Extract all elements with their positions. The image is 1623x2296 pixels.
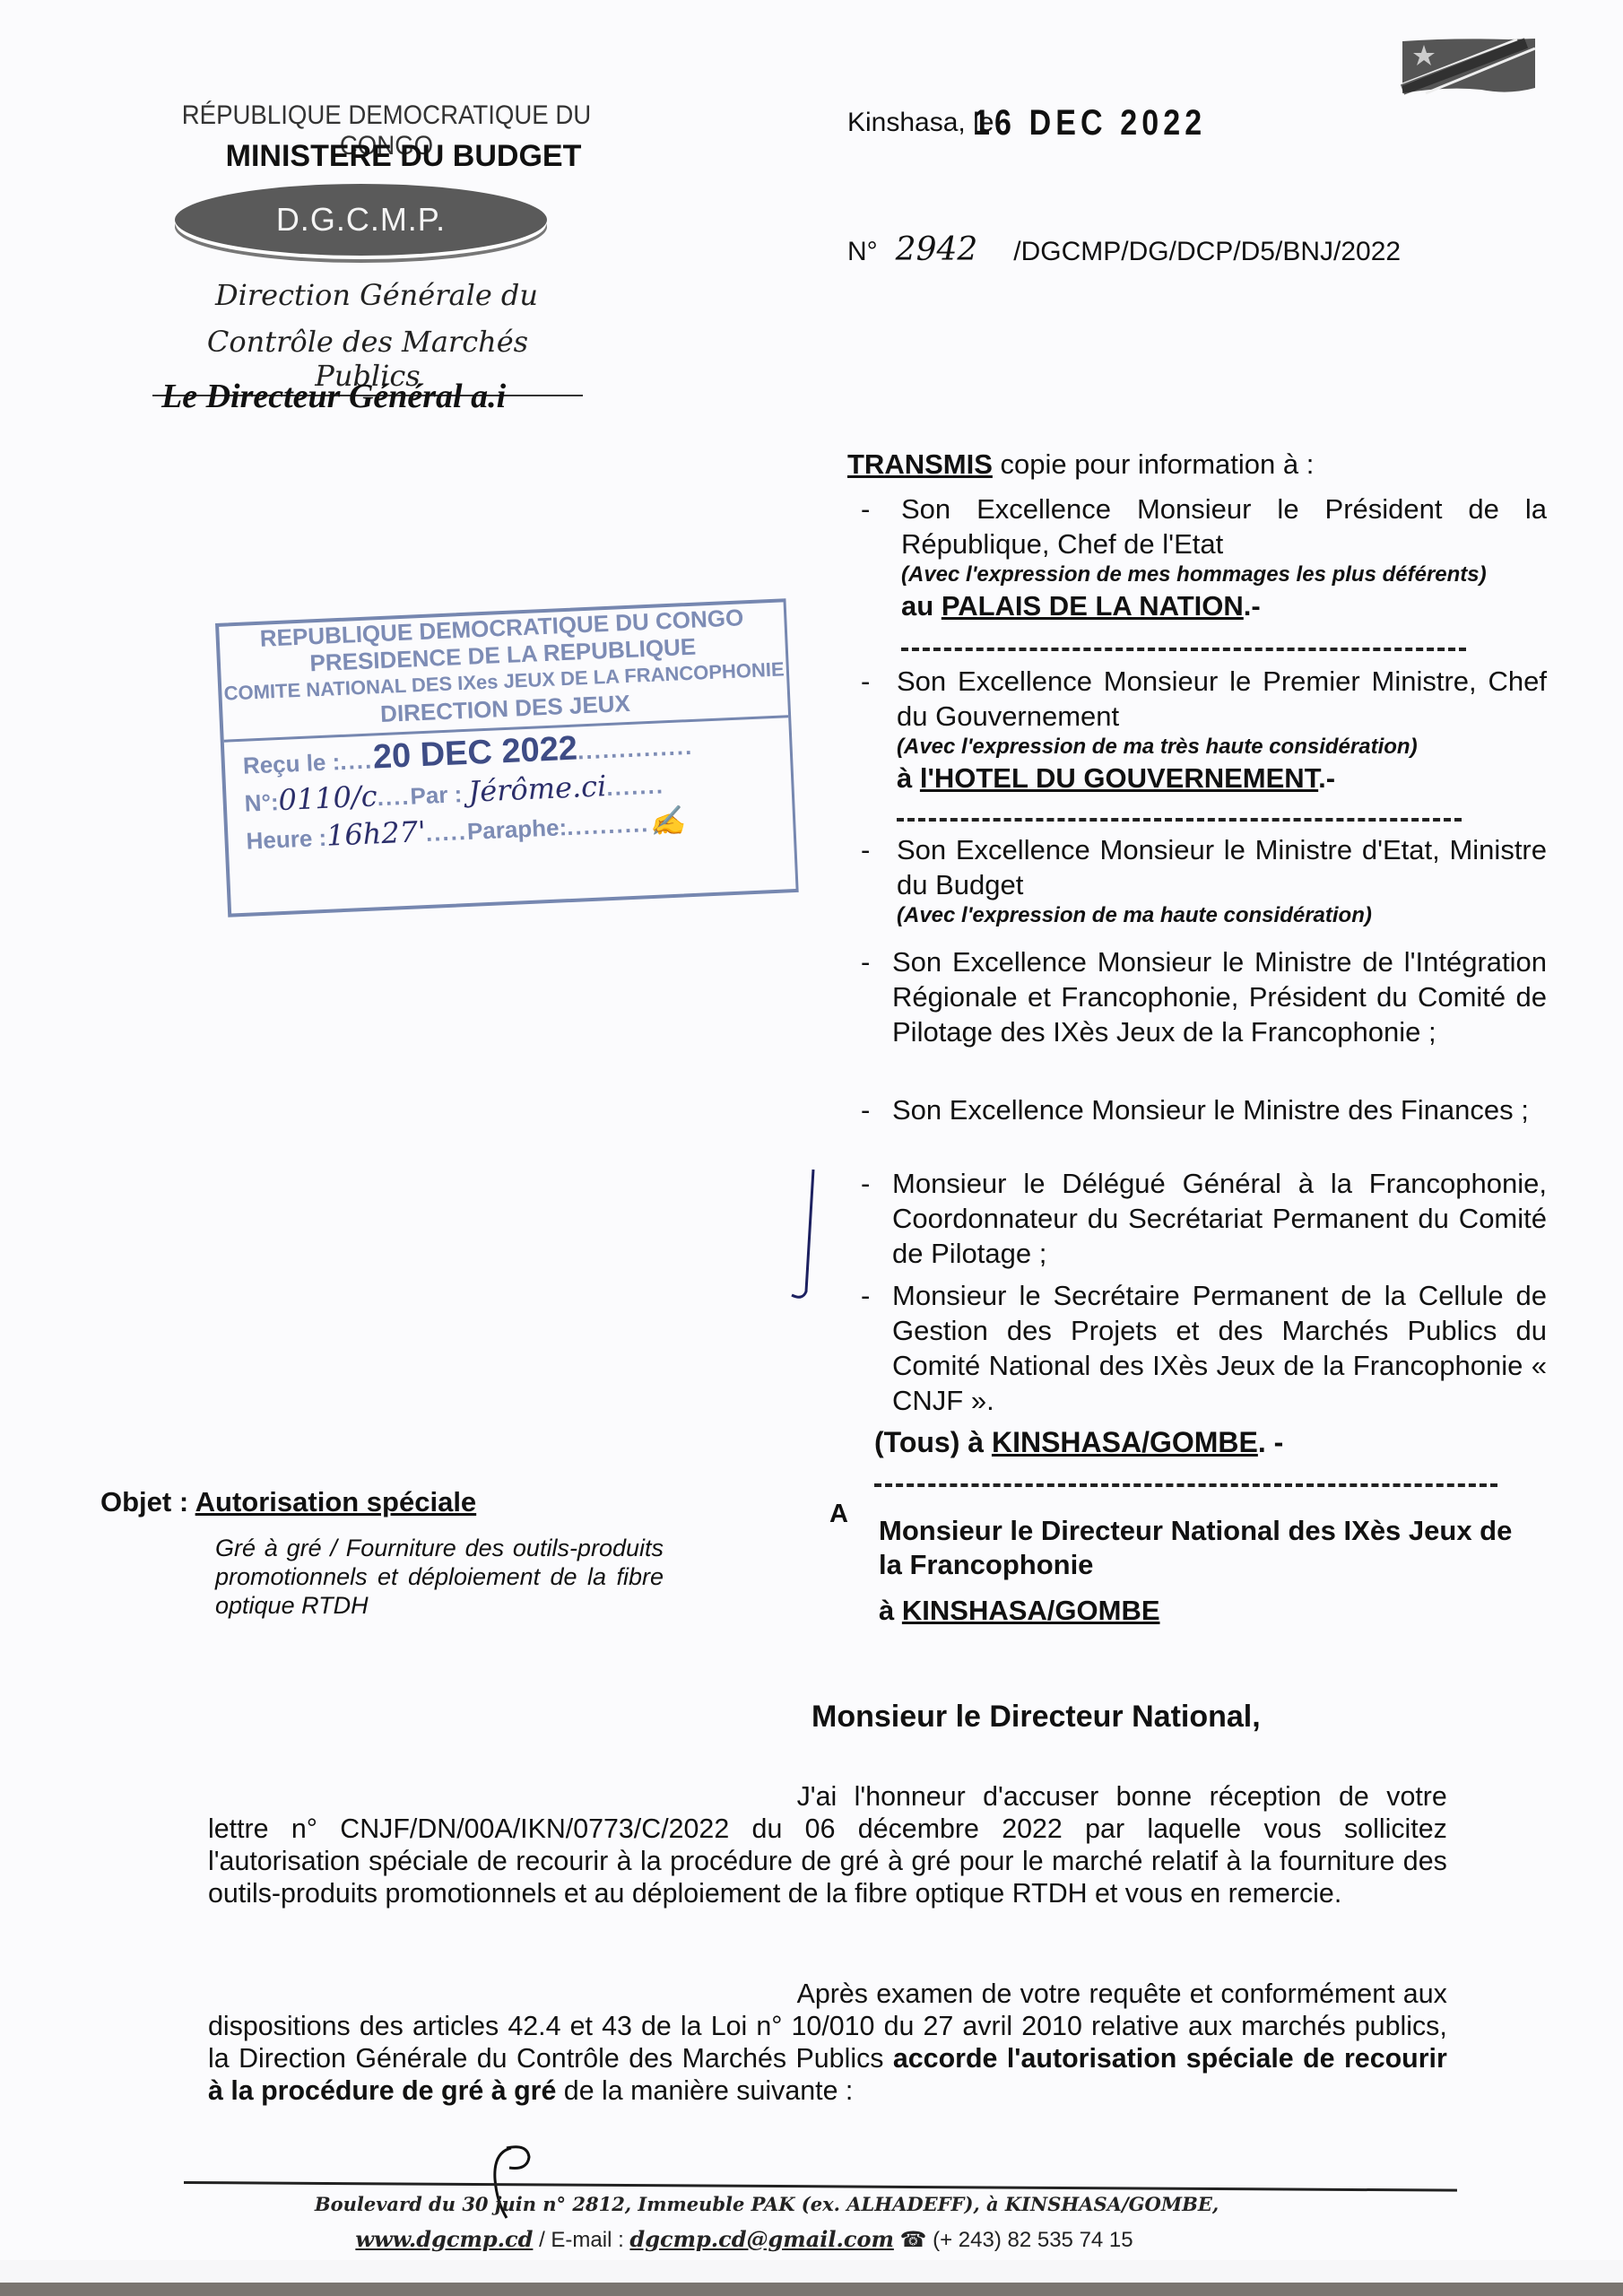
- transmis-rest: copie pour information à :: [1001, 448, 1315, 480]
- reception-stamp: REPUBLIQUE DEMOCRATIQUE DU CONGO PRESIDE…: [215, 598, 799, 917]
- cc-item-finance-minister: - Son Excellence Monsieur le Ministre de…: [847, 1092, 1547, 1127]
- cc-item-integration-minister: - Son Excellence Monsieur le Ministre de…: [847, 944, 1547, 1049]
- cc-destination: au PALAIS DE LA NATION.-: [901, 588, 1547, 623]
- cc-text: Son Excellence Monsieur le Ministre de l…: [892, 944, 1547, 1049]
- phone-number: (+ 243) 82 535 74 15: [933, 2228, 1133, 2252]
- reference-code: /DGCMP/DG/DCP/D5/BNJ/2022: [1013, 237, 1401, 266]
- cc-text: Son Excellence Monsieur le Ministre des …: [892, 1092, 1547, 1127]
- cc-destination: à l'HOTEL DU GOUVERNEMENT.-: [897, 761, 1547, 796]
- paragraph-1-text: J'ai l'honneur d'accuser bonne réception…: [208, 1780, 1447, 1909]
- separator-dashes: [897, 818, 1462, 822]
- cc-text: Son Excellence Monsieur le Premier Minis…: [897, 664, 1547, 734]
- cc-item-prime-minister: - Son Excellence Monsieur le Premier Min…: [847, 664, 1547, 796]
- footer-address: Boulevard du 30 juin n° 2812, Immeuble P…: [296, 2193, 1237, 2215]
- letter-date: 16 DEC 2022: [973, 103, 1206, 143]
- stamp-paraphe-signature: ✍: [648, 803, 685, 839]
- logo-text: D.G.C.M.P.: [276, 201, 446, 239]
- signatory-title: Le Directeur Général a.i: [161, 377, 506, 416]
- cc-note: (Avec l'expression de ma très haute cons…: [897, 734, 1547, 761]
- number-label: N°:: [244, 788, 279, 817]
- subject-description: Gré à gré / Fourniture des outils-produi…: [215, 1534, 664, 1620]
- subject-line: Objet : Autorisation spéciale: [100, 1486, 476, 1518]
- transmis-heading: TRANSMIS copie pour information à :: [847, 448, 1314, 481]
- by-label: Par :: [410, 780, 463, 809]
- subject-label: Objet :: [100, 1486, 188, 1518]
- cc-item-president: - Son Excellence Monsieur le Président d…: [847, 491, 1547, 623]
- received-date: 20 DEC 2022: [372, 730, 578, 777]
- dgcmp-logo: D.G.C.M.P.: [175, 184, 547, 256]
- footer-rule: [184, 2181, 1457, 2192]
- letter-page: RÉPUBLIQUE DEMOCRATIQUE DU CONGO MINISTE…: [0, 0, 1623, 2260]
- handwritten-number: 2942: [896, 231, 978, 268]
- stamp-by-value: Jérôme.ci: [468, 769, 607, 809]
- reference-number: N°2942/DGCMP/DG/DCP/D5/BNJ/2022: [847, 231, 1401, 268]
- subject-title: Autorisation spéciale: [195, 1486, 477, 1518]
- email-link[interactable]: dgcmp.cd@gmail.com: [629, 2226, 893, 2252]
- addressee-city: à KINSHASA/GOMBE: [879, 1595, 1160, 1627]
- cc-note: (Avec l'expression de ma haute considéra…: [897, 902, 1547, 929]
- stamp-number-value: 0110/c: [278, 778, 378, 817]
- separator-dashes: [901, 648, 1466, 651]
- received-label: Reçu le :: [242, 748, 341, 779]
- stamp-time-value: 16h27': [325, 814, 426, 853]
- scan-edge: [0, 2283, 1623, 2296]
- addressee-prefix: A: [829, 1500, 848, 1529]
- website-link[interactable]: www.dgcmp.cd: [355, 2226, 533, 2252]
- transmis-label: TRANSMIS: [847, 448, 993, 480]
- cc-text: Son Excellence Monsieur le Président de …: [901, 491, 1547, 561]
- addressee-name: Monsieur le Directeur National des IXès …: [879, 1514, 1524, 1582]
- cc-item-permanent-secretary: - Monsieur le Secrétaire Permanent de la…: [847, 1278, 1547, 1418]
- telephone-icon: ☎: [900, 2228, 927, 2252]
- place-label: Kinshasa, le: [847, 108, 994, 138]
- email-label: / E-mail :: [539, 2228, 624, 2252]
- cc-text: Monsieur le Délégué Général à la Francop…: [892, 1166, 1547, 1271]
- body-paragraph-2: Après examen de votre requête et conform…: [208, 1978, 1447, 2107]
- footer-contacts: www.dgcmp.cd / E-mail : dgcmp.cd@gmail.c…: [332, 2226, 1157, 2253]
- time-label: Heure :: [246, 824, 327, 855]
- body-paragraph-1: J'ai l'honneur d'accuser bonne réception…: [208, 1780, 1447, 1909]
- ministry-name: MINISTERE DU BUDGET: [188, 139, 619, 174]
- cc-text: Monsieur le Secrétaire Permanent de la C…: [892, 1278, 1547, 1418]
- salutation: Monsieur le Directeur National,: [811, 1700, 1261, 1735]
- paragraph-2-end: de la manière suivante :: [564, 2074, 854, 2106]
- cc-item-budget-minister: - Son Excellence Monsieur le Ministre d'…: [847, 832, 1547, 929]
- number-prefix: N°: [847, 237, 878, 266]
- cc-item-delegate-general: - Monsieur le Délégué Général à la Franc…: [847, 1166, 1547, 1271]
- cc-text: Son Excellence Monsieur le Ministre d'Et…: [897, 832, 1547, 902]
- cc-note: (Avec l'expression de mes hommages les p…: [901, 561, 1547, 588]
- direction-line-1: Direction Générale du: [206, 278, 547, 312]
- paraphe-label: Paraphe:: [466, 813, 567, 845]
- all-destination: (Tous) à KINSHASA/GOMBE. -: [874, 1426, 1283, 1459]
- handwritten-check-icon: [785, 1166, 820, 1309]
- separator-dashes: [874, 1483, 1497, 1487]
- drc-flag-icon: [1401, 34, 1549, 99]
